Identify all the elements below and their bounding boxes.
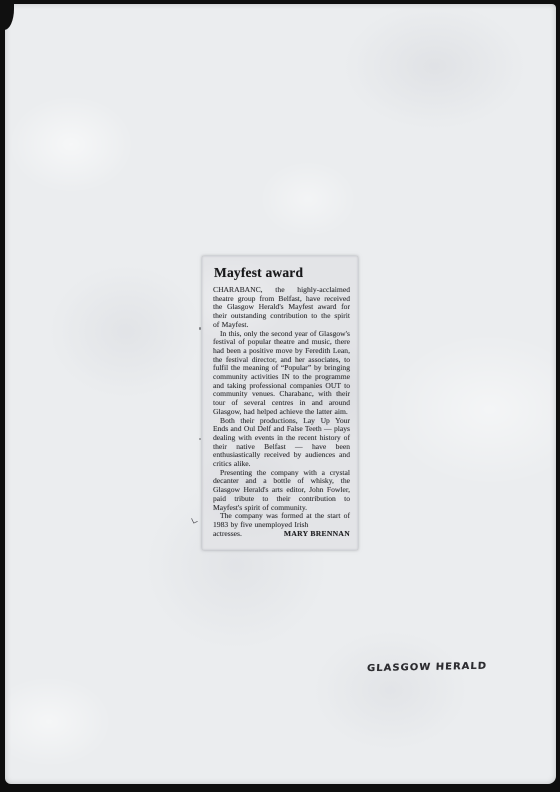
clipping-paragraph: Presenting the company with a crystal de… [213,469,350,513]
clipping-paragraph: In this, only the second year of Glasgow… [213,330,350,417]
clipping-paragraph: The company was formed at the start of 1… [213,512,350,529]
newspaper-clipping: Mayfest award CHARABANC, the highly-accl… [202,256,358,550]
scan-speck [199,438,201,440]
clipping-byline: MARY BRENNAN [284,530,350,539]
scan-speck [199,327,201,330]
clipping-paragraph: Both their productions, Lay Up Your Ends… [213,417,350,469]
clipping-headline: Mayfest award [214,265,350,281]
clipping-last-word: actresses. [213,530,242,539]
clipping-last-line: actresses. MARY BRENNAN [213,530,350,539]
clipping-paragraph: CHARABANC, the highly-acclaimed theatre … [213,286,350,330]
